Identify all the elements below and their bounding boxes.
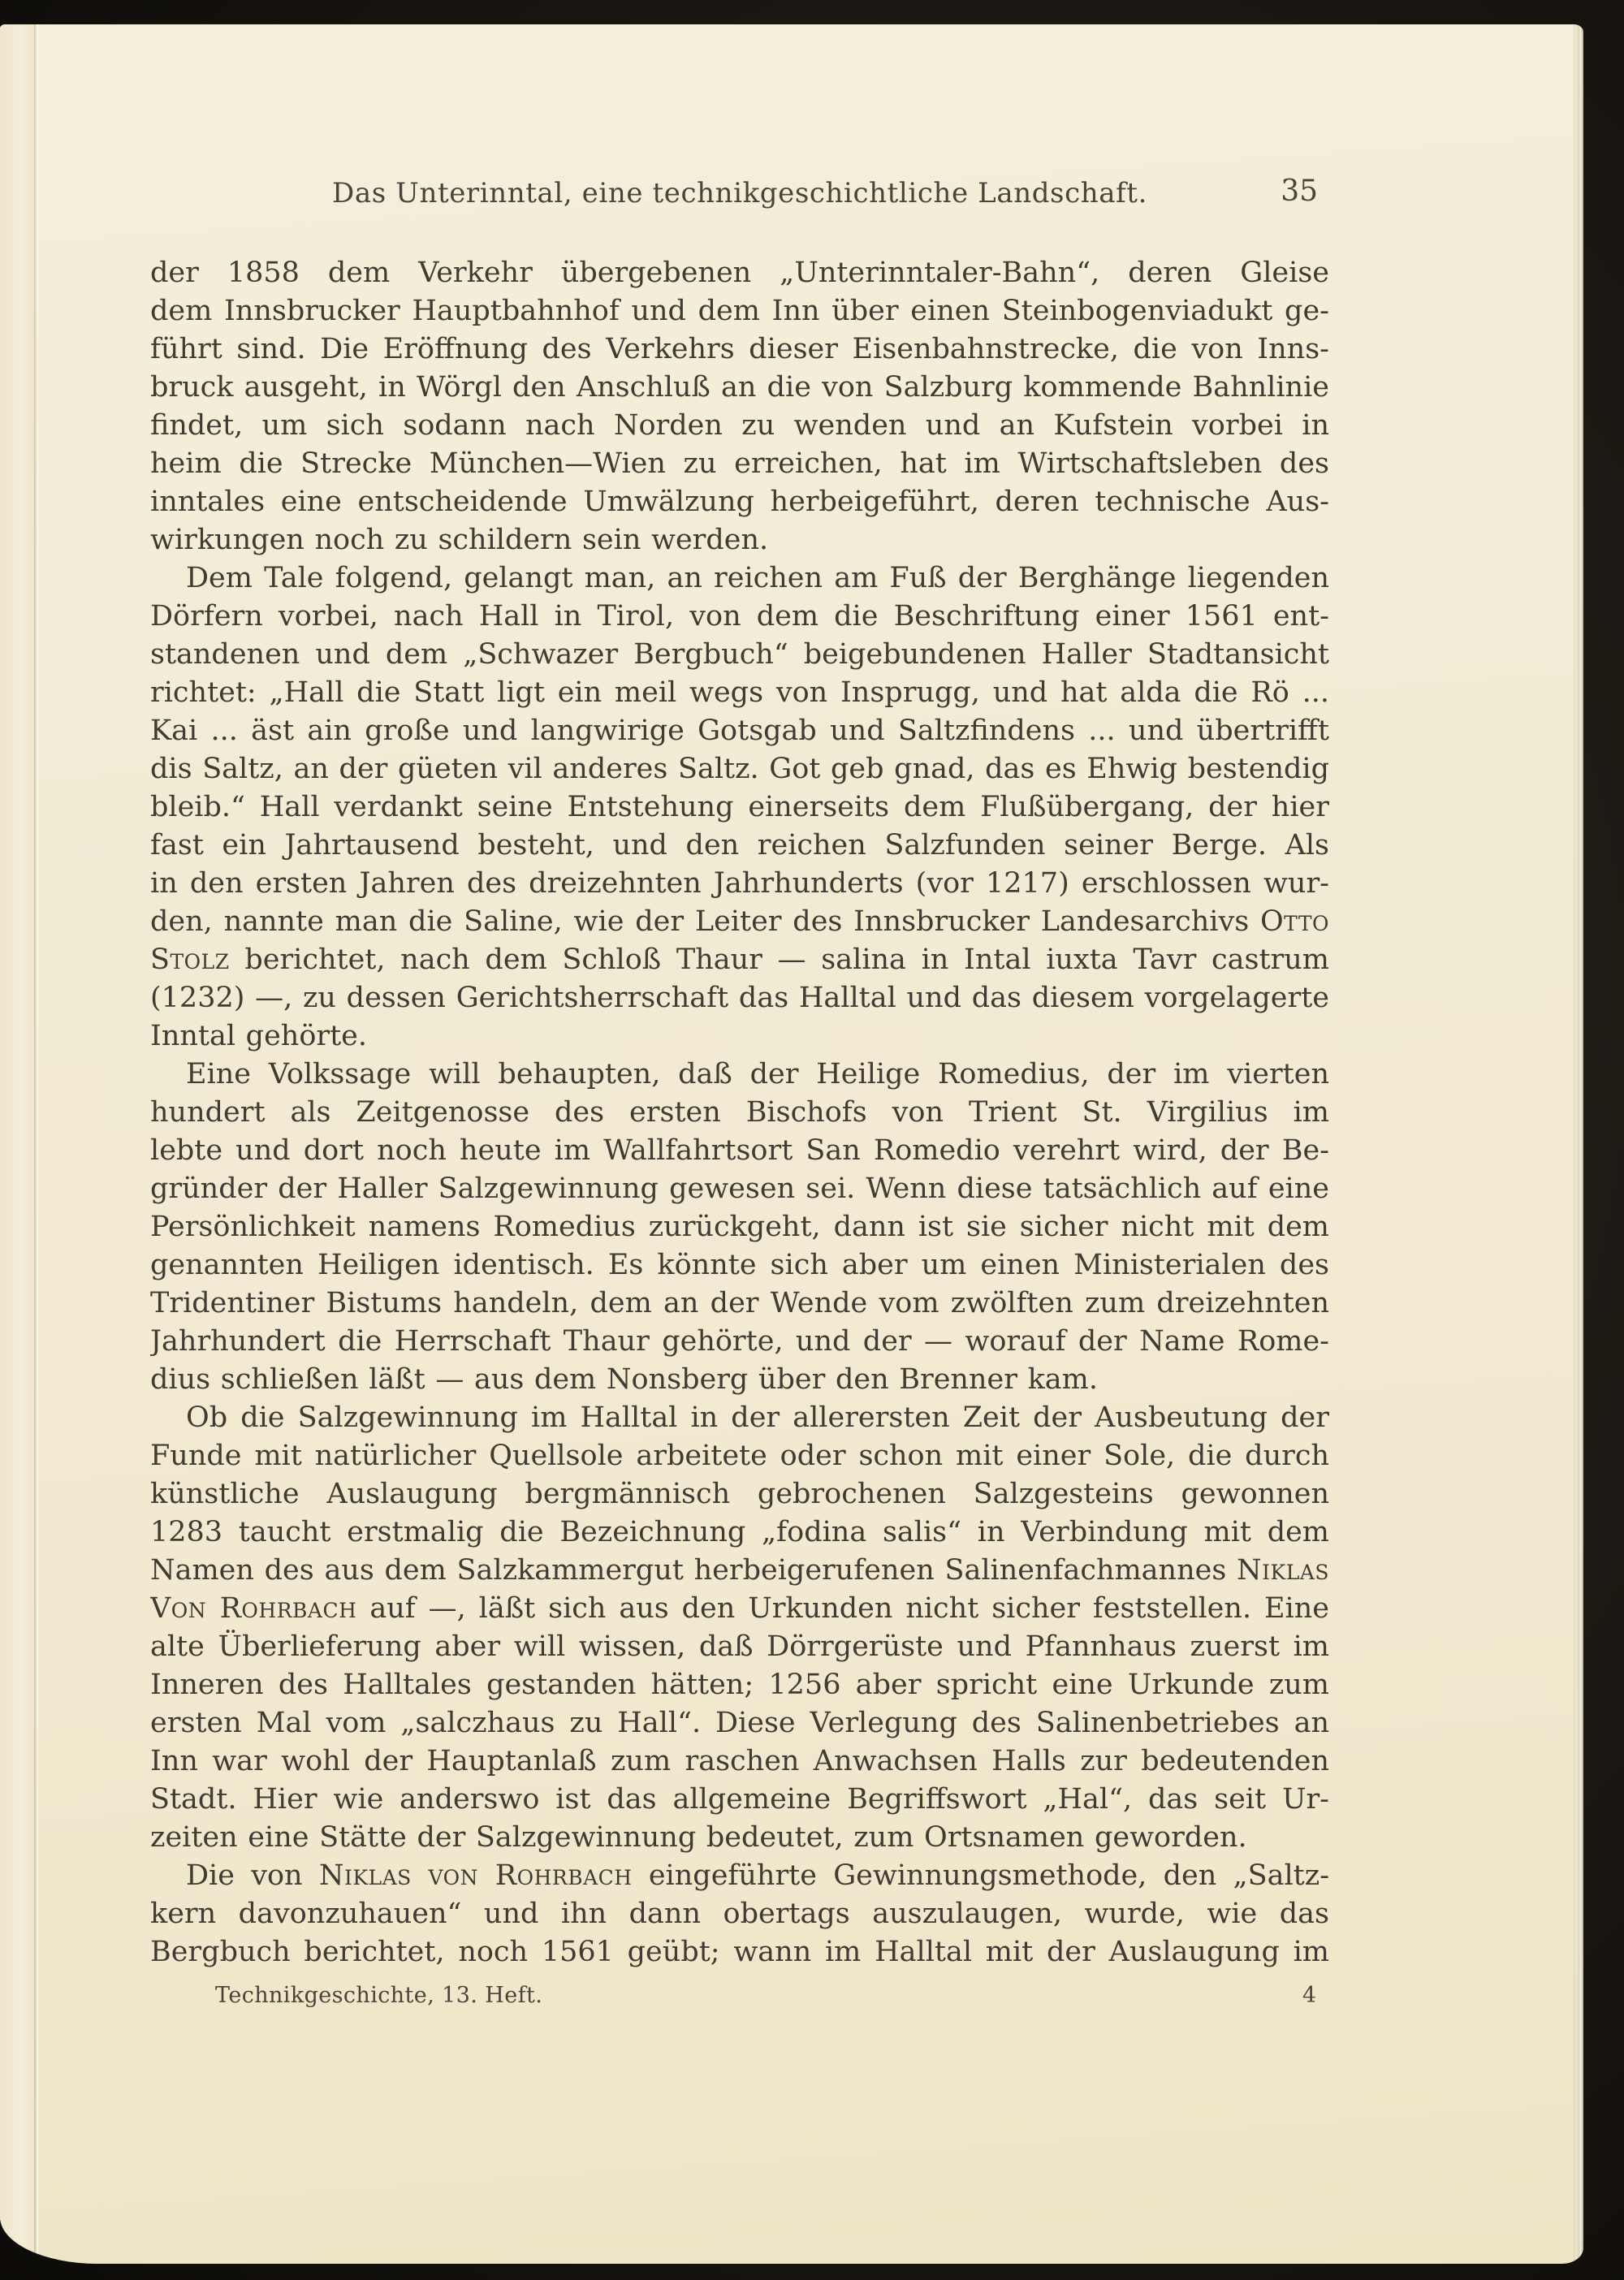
- text-line: den, nannte man die Saline, wie der Leit…: [150, 903, 1329, 941]
- scan-background: Das Unterinntal, eine technikgeschichtli…: [0, 0, 1624, 2280]
- text-line: heim die Strecke München—Wien zu erreich…: [150, 445, 1329, 483]
- text-line: standenen und dem „Schwazer Bergbuch“ be…: [150, 636, 1329, 674]
- text-line: genannten Heiligen identisch. Es könnte …: [150, 1246, 1329, 1285]
- text-line: hundert als Zeitgenosse des ersten Bisch…: [150, 1094, 1329, 1132]
- text-line: Die von Niklas von Rohrbach eingeführte …: [150, 1857, 1329, 1895]
- text-line: Von Rohrbach auf —, läßt sich aus den Ur…: [150, 1590, 1329, 1628]
- text-line: dem Innsbrucker Hauptbahnhof und dem Inn…: [150, 292, 1329, 330]
- text-line: Persönlichkeit namens Romedius zurückgeh…: [150, 1208, 1329, 1246]
- paragraph: Ob die Salzgewinnung im Halltal in der a…: [150, 1399, 1329, 1857]
- text-line: wirkungen noch zu schildern sein werden.: [150, 521, 1329, 559]
- small-caps-name: Stolz: [150, 944, 230, 976]
- text-line: Jahrhundert die Herrschaft Thaur gehörte…: [150, 1323, 1329, 1361]
- small-caps-name: Von Rohrbach: [150, 1592, 356, 1625]
- text-line: findet, um sich sodann nach Norden zu we…: [150, 407, 1329, 445]
- text-line: Ob die Salzgewinnung im Halltal in der a…: [150, 1399, 1329, 1437]
- footer-imprint: Technikgeschichte, 13. Heft.: [215, 1981, 542, 2010]
- text-line: Inneren des Halltales gestanden hätten; …: [150, 1666, 1329, 1704]
- text-line: Dörfern vorbei, nach Hall in Tirol, von …: [150, 598, 1329, 636]
- book-page: Das Unterinntal, eine technikgeschichtli…: [0, 24, 1583, 2264]
- text-line: Kai ... äst ain große und langwirige Got…: [150, 712, 1329, 750]
- paragraph: der 1858 dem Verkehr übergebenen „Unteri…: [150, 254, 1329, 559]
- text-line: gründer der Haller Salzgewinnung gewesen…: [150, 1170, 1329, 1208]
- text-line: künstliche Auslaugung bergmännisch gebro…: [150, 1475, 1329, 1514]
- page-stack-edge: [1574, 24, 1583, 2264]
- text-line: Bergbuch berichtet, noch 1561 geübt; wan…: [150, 1933, 1329, 1971]
- text-line: zeiten eine Stätte der Salzgewinnung bed…: [150, 1819, 1329, 1857]
- text-line: führt sind. Die Eröffnung des Verkehrs d…: [150, 330, 1329, 369]
- small-caps-name: Niklas: [1237, 1554, 1329, 1587]
- text-line: lebte und dort noch heute im Wallfahrtso…: [150, 1132, 1329, 1170]
- text-block: der 1858 dem Verkehr übergebenen „Unteri…: [150, 254, 1329, 1971]
- text-line: Stadt. Hier wie anderswo ist das allgeme…: [150, 1781, 1329, 1819]
- text-line: bleib.“ Hall verdankt seine Entstehung e…: [150, 788, 1329, 827]
- text-line: (1232) —, zu dessen Gerichtsherrschaft d…: [150, 979, 1329, 1017]
- page-footer: Technikgeschichte, 13. Heft. 4: [150, 1981, 1329, 2014]
- paragraph: Eine Volkssage will behaupten, daß der H…: [150, 1056, 1329, 1399]
- text-line: alte Überlieferung aber will wissen, daß…: [150, 1628, 1329, 1666]
- text-line: Funde mit natürlicher Quellsole arbeitet…: [150, 1437, 1329, 1475]
- text-line: inntales eine entscheidende Umwälzung he…: [150, 483, 1329, 521]
- text-line: der 1858 dem Verkehr übergebenen „Unteri…: [150, 254, 1329, 292]
- text-line: dius schließen läßt — aus dem Nonsberg ü…: [150, 1361, 1329, 1399]
- paragraph: Die von Niklas von Rohrbach eingeführte …: [150, 1857, 1329, 1971]
- text-line: kern davonzuhauen“ und ihn dann obertags…: [150, 1895, 1329, 1933]
- text-line: Eine Volkssage will behaupten, daß der H…: [150, 1056, 1329, 1094]
- text-line: Inntal gehörte.: [150, 1017, 1329, 1056]
- text-line: richtet: „Hall die Statt ligt ein meil w…: [150, 674, 1329, 712]
- text-line: dis Saltz, an der güeten vil anderes Sal…: [150, 750, 1329, 788]
- text-line: 1283 taucht erstmalig die Bezeichnung „f…: [150, 1514, 1329, 1552]
- small-caps-name: Otto: [1260, 905, 1329, 938]
- gutter-crease: [34, 24, 39, 2264]
- text-line: Tridentiner Bistums handeln, dem an der …: [150, 1285, 1329, 1323]
- text-line: Dem Tale folgend, gelangt man, an reiche…: [150, 559, 1329, 598]
- running-head-title: Das Unterinntal, eine technikgeschichtli…: [150, 177, 1329, 209]
- text-line: bruck ausgeht, in Wörgl den Anschluß an …: [150, 369, 1329, 407]
- text-line: fast ein Jahrtausend besteht, und den re…: [150, 827, 1329, 865]
- paragraph: Dem Tale folgend, gelangt man, an reiche…: [150, 559, 1329, 1056]
- text-line: ersten Mal vom „salczhaus zu Hall“. Dies…: [150, 1704, 1329, 1742]
- running-head: Das Unterinntal, eine technikgeschichtli…: [150, 177, 1329, 213]
- text-line: Stolz berichtet, nach dem Schloß Thaur —…: [150, 941, 1329, 979]
- gutter-page-edge: [0, 24, 34, 2264]
- page-number: 35: [1281, 175, 1318, 208]
- small-caps-name: Niklas von Rohrbach: [319, 1859, 633, 1892]
- text-line: in den ersten Jahren des dreizehnten Jah…: [150, 865, 1329, 903]
- text-line: Namen des aus dem Salzkammergut herbeige…: [150, 1552, 1329, 1590]
- footer-signature-mark: 4: [1302, 1981, 1316, 2010]
- text-line: Inn war wohl der Hauptanlaß zum raschen …: [150, 1742, 1329, 1781]
